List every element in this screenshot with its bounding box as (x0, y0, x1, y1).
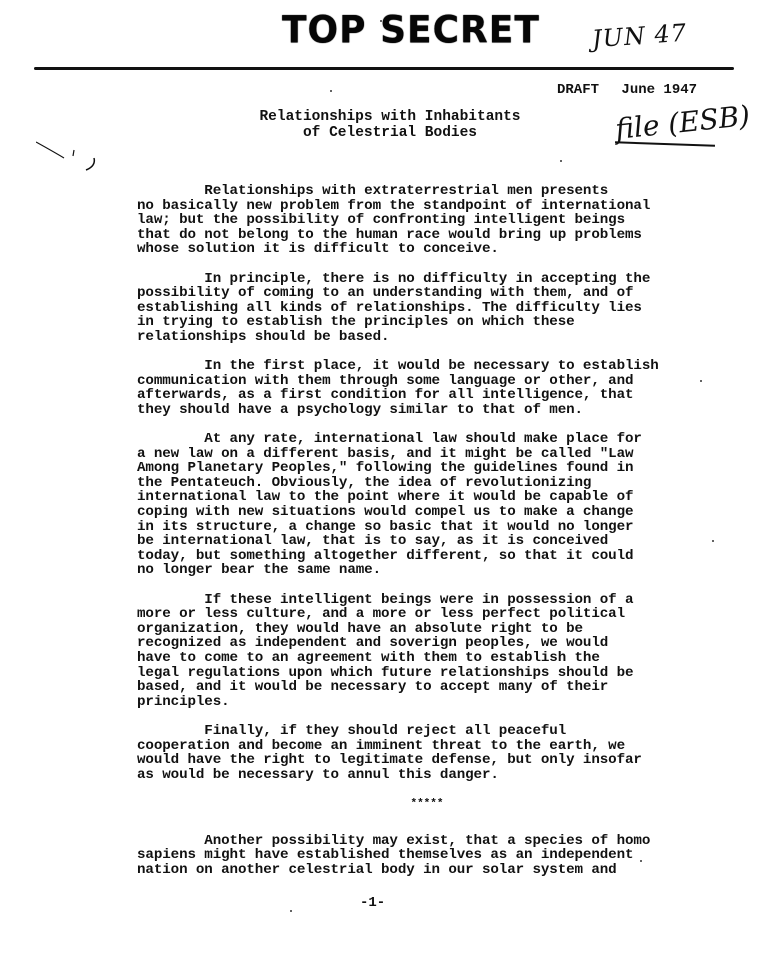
text-line: afterwards, as a first condition for all… (137, 388, 717, 403)
text-line: cooperation and become an imminent threa… (137, 739, 717, 754)
title-line-1: Relationships with Inhabitants (200, 109, 580, 125)
title-line-2: of Celestrial Bodies (200, 125, 580, 141)
document-page: TOP SECRET JUN 47 DRAFT June 1947 file (… (0, 0, 765, 960)
text-line: international law to the point where it … (137, 490, 717, 505)
handwritten-date: JUN 47 (591, 19, 688, 54)
document-title: Relationships with Inhabitants of Celest… (200, 109, 580, 141)
text-line: possibility of coming to an understandin… (137, 286, 717, 301)
speck (290, 910, 292, 912)
page-number: -1- (360, 895, 385, 911)
draft-line: DRAFT June 1947 (557, 82, 697, 98)
text-line: today, but something altogether differen… (137, 549, 717, 564)
speck (700, 380, 702, 382)
paragraph: If these intelligent beings were in poss… (137, 593, 717, 710)
text-line: communication with them through some lan… (137, 374, 717, 389)
text-line: that do not belong to the human race wou… (137, 228, 717, 243)
text-line: coping with new situations would compel … (137, 505, 717, 520)
closing-paragraph: Another possibility may exist, that a sp… (137, 834, 717, 878)
text-line: in trying to establish the principles on… (137, 315, 717, 330)
paragraphs: Relationships with extraterrestrial men … (137, 184, 717, 782)
paragraph: Relationships with extraterrestrial men … (137, 184, 717, 257)
text-line: sapiens might have established themselve… (137, 848, 717, 863)
paragraph: In principle, there is no difficulty in … (137, 272, 717, 345)
draft-date: June 1947 (621, 82, 697, 98)
classification-stamp: TOP SECRET (282, 7, 507, 55)
text-line: Finally, if they should reject all peace… (137, 724, 717, 739)
text-line: establishing all kinds of relationships.… (137, 301, 717, 316)
text-line: would have the right to legitimate defen… (137, 753, 717, 768)
draft-label: DRAFT (557, 82, 599, 98)
file-annotation: file (ESB) (614, 99, 752, 146)
text-line: have to come to an agreement with them t… (137, 651, 717, 666)
margin-mark-icon (36, 140, 96, 180)
speck (560, 160, 562, 162)
text-line: If these intelligent beings were in poss… (137, 593, 717, 608)
classification-stamp-text: TOP SECRET (282, 7, 540, 55)
text-line: recognized as independent and soverign p… (137, 636, 717, 651)
text-line: a new law on a different basis, and it m… (137, 447, 717, 462)
text-line: In the first place, it would be necessar… (137, 359, 717, 374)
paragraph: In the first place, it would be necessar… (137, 359, 717, 417)
text-line: relationships should be based. (137, 330, 717, 345)
text-line: no longer bear the same name. (137, 563, 717, 578)
section-separator: ***** (137, 797, 717, 812)
speck (330, 90, 332, 92)
header-rule (34, 67, 734, 70)
document-body: Relationships with extraterrestrial men … (137, 184, 717, 892)
text-line: they should have a psychology similar to… (137, 403, 717, 418)
text-line: more or less culture, and a more or less… (137, 607, 717, 622)
text-line: Relationships with extraterrestrial men … (137, 184, 717, 199)
text-line: the Pentateuch. Obviously, the idea of r… (137, 476, 717, 491)
text-line: Another possibility may exist, that a sp… (137, 834, 717, 849)
speck (380, 20, 382, 22)
paragraph: Finally, if they should reject all peace… (137, 724, 717, 782)
text-line: In principle, there is no difficulty in … (137, 272, 717, 287)
paragraph: At any rate, international law should ma… (137, 432, 717, 578)
text-line: nation on another celestrial body in our… (137, 863, 717, 878)
speck (712, 540, 714, 542)
text-line: At any rate, international law should ma… (137, 432, 717, 447)
text-line: no basically new problem from the standp… (137, 199, 717, 214)
text-line: based, and it would be necessary to acce… (137, 680, 717, 695)
text-line: law; but the possibility of confronting … (137, 213, 717, 228)
text-line: Among Planetary Peoples," following the … (137, 461, 717, 476)
speck (640, 860, 642, 862)
text-line: principles. (137, 695, 717, 710)
text-line: whose solution it is difficult to concei… (137, 242, 717, 257)
text-line: organization, they would have an absolut… (137, 622, 717, 637)
text-line: as would be necessary to annul this dang… (137, 768, 717, 783)
text-line: in its structure, a change so basic that… (137, 520, 717, 535)
text-line: legal regulations upon which future rela… (137, 666, 717, 681)
text-line: be international law, that is to say, as… (137, 534, 717, 549)
